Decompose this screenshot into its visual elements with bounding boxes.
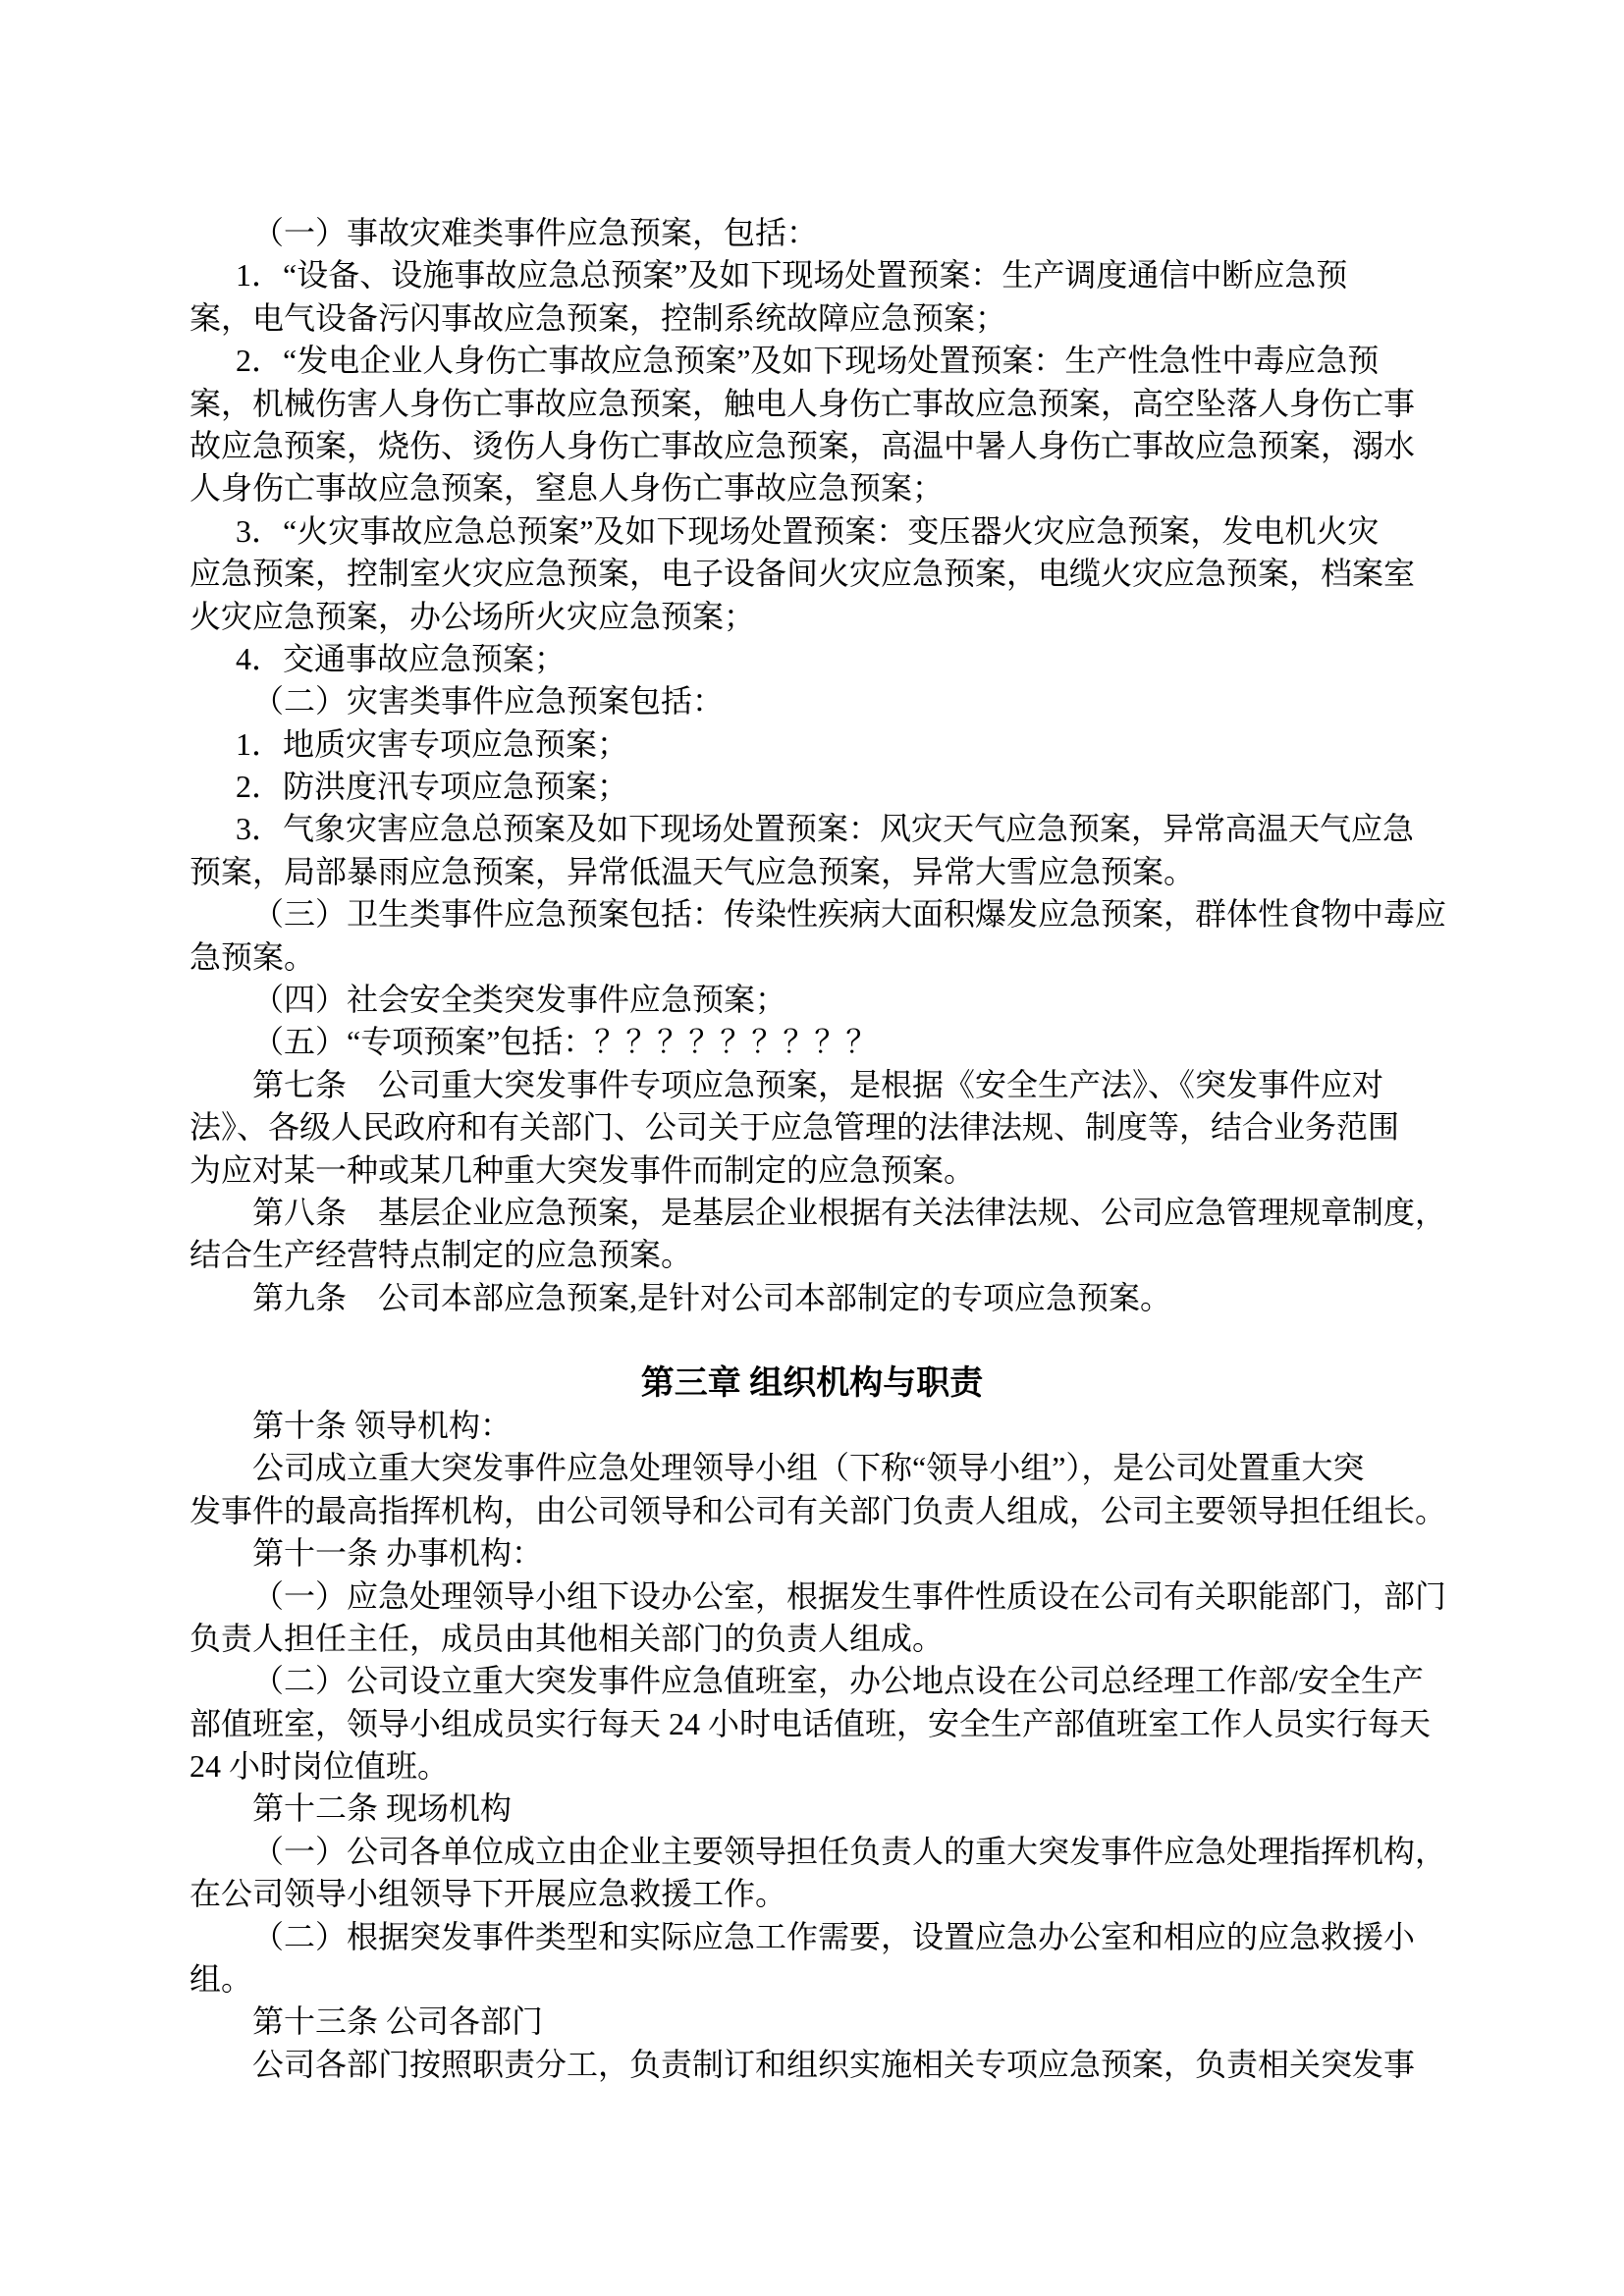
- text-line: 1．“设备、设施事故应急总预案”及如下现场处置预案：生产调度通信中断应急预: [189, 254, 1397, 296]
- text-line: 4．交通事故应急预案；: [189, 638, 1397, 680]
- blank-line: [189, 1319, 1397, 1362]
- text-line: （二）灾害类事件应急预案包括：: [189, 680, 1397, 722]
- text-line: 火灾应急预案，办公场所火灾应急预案；: [189, 596, 1397, 638]
- text-line: （二）根据突发事件类型和实际应急工作需要，设置应急办公室和相应的应急救援小: [189, 1916, 1397, 1958]
- text-line: 24 小时岗位值班。: [189, 1745, 1397, 1788]
- text-line: （一）公司各单位成立由企业主要领导担任负责人的重大突发事件应急处理指挥机构，: [189, 1831, 1397, 1873]
- text-line: 故应急预案，烧伤、烫伤人身伤亡事故应急预案，高温中暑人身伤亡事故应急预案，溺水: [189, 425, 1397, 467]
- text-line: 为应对某一种或某几种重大突发事件而制定的应急预案。: [189, 1149, 1397, 1192]
- text-line: 应急预案，控制室火灾应急预案，电子设备间火灾应急预案，电缆火灾应急预案，档案室: [189, 553, 1397, 595]
- text-line: 在公司领导小组领导下开展应急救援工作。: [189, 1873, 1397, 1915]
- text-line: 结合生产经营特点制定的应急预案。: [189, 1234, 1397, 1276]
- text-line: 第十条 领导机构：: [189, 1405, 1397, 1447]
- text-line: 案，机械伤害人身伤亡事故应急预案，触电人身伤亡事故应急预案，高空坠落人身伤亡事: [189, 383, 1397, 425]
- text-line: 公司成立重大突发事件应急处理领导小组（下称“领导小组”），是公司处置重大突: [189, 1447, 1397, 1489]
- text-line: 第七条 公司重大突发事件专项应急预案，是根据《安全生产法》、《突发事件应对: [189, 1064, 1397, 1106]
- text-line: 2．防洪度汛专项应急预案；: [189, 766, 1397, 808]
- text-line: 3．“火灾事故应急总预案”及如下现场处置预案：变压器火灾应急预案，发电机火灾: [189, 510, 1397, 553]
- text-line: 案，电气设备污闪事故应急预案，控制系统故障应急预案；: [189, 297, 1397, 340]
- text-line: 预案，局部暴雨应急预案，异常低温天气应急预案，异常大雪应急预案。: [189, 851, 1397, 893]
- text-line: 2．“发电企业人身伤亡事故应急预案”及如下现场处置预案：生产性急性中毒应急预: [189, 340, 1397, 382]
- text-line: （三）卫生类事件应急预案包括：传染性疾病大面积爆发应急预案，群体性食物中毒应: [189, 893, 1397, 935]
- text-line: 第八条 基层企业应急预案，是基层企业根据有关法律法规、公司应急管理规章制度，: [189, 1192, 1397, 1234]
- text-line: 第十三条 公司各部门: [189, 2001, 1397, 2043]
- text-line: （二）公司设立重大突发事件应急值班室，办公地点设在公司总经理工作部/安全生产: [189, 1660, 1397, 1702]
- text-line: 法》、各级人民政府和有关部门、公司关于应急管理的法律法规、制度等，结合业务范围: [189, 1106, 1397, 1148]
- text-line: 公司各部门按照职责分工，负责制订和组织实施相关专项应急预案，负责相关突发事: [189, 2044, 1397, 2086]
- text-line: 3．气象灾害应急总预案及如下现场处置预案：风灾天气应急预案，异常高温天气应急: [189, 808, 1397, 850]
- text-line: （一）事故灾难类事件应急预案，包括：: [189, 212, 1397, 254]
- document-body: （一）事故灾难类事件应急预案，包括：1．“设备、设施事故应急总预案”及如下现场处…: [189, 212, 1397, 2086]
- text-line: 急预案。: [189, 936, 1397, 979]
- text-line: 第九条 公司本部应急预案,是针对公司本部制定的专项应急预案。: [189, 1277, 1397, 1319]
- text-line: 发事件的最高指挥机构，由公司领导和公司有关部门负责人组成，公司主要领导担任组长。: [189, 1490, 1397, 1532]
- text-line: （一）应急处理领导小组下设办公室，根据发生事件性质设在公司有关职能部门，部门: [189, 1575, 1397, 1618]
- text-line: 负责人担任主任，成员由其他相关部门的负责人组成。: [189, 1618, 1397, 1660]
- text-line: 1．地质灾害专项应急预案；: [189, 723, 1397, 766]
- text-line: （五）“专项预案”包括：？？？？？？？？？: [189, 1021, 1397, 1063]
- text-line: 组。: [189, 1958, 1397, 2001]
- text-line: （四）社会安全类突发事件应急预案；: [189, 979, 1397, 1021]
- text-line: 人身伤亡事故应急预案，窒息人身伤亡事故应急预案；: [189, 467, 1397, 509]
- text-line: 第十二条 现场机构: [189, 1788, 1397, 1830]
- document-page: （一）事故灾难类事件应急预案，包括：1．“设备、设施事故应急总预案”及如下现场处…: [0, 0, 1624, 2296]
- text-line: 部值班室，领导小组成员实行每天 24 小时电话值班，安全生产部值班室工作人员实行…: [189, 1703, 1397, 1745]
- text-line: 第十一条 办事机构：: [189, 1532, 1397, 1575]
- section-heading: 第三章 组织机构与职责: [0, 1362, 1624, 1405]
